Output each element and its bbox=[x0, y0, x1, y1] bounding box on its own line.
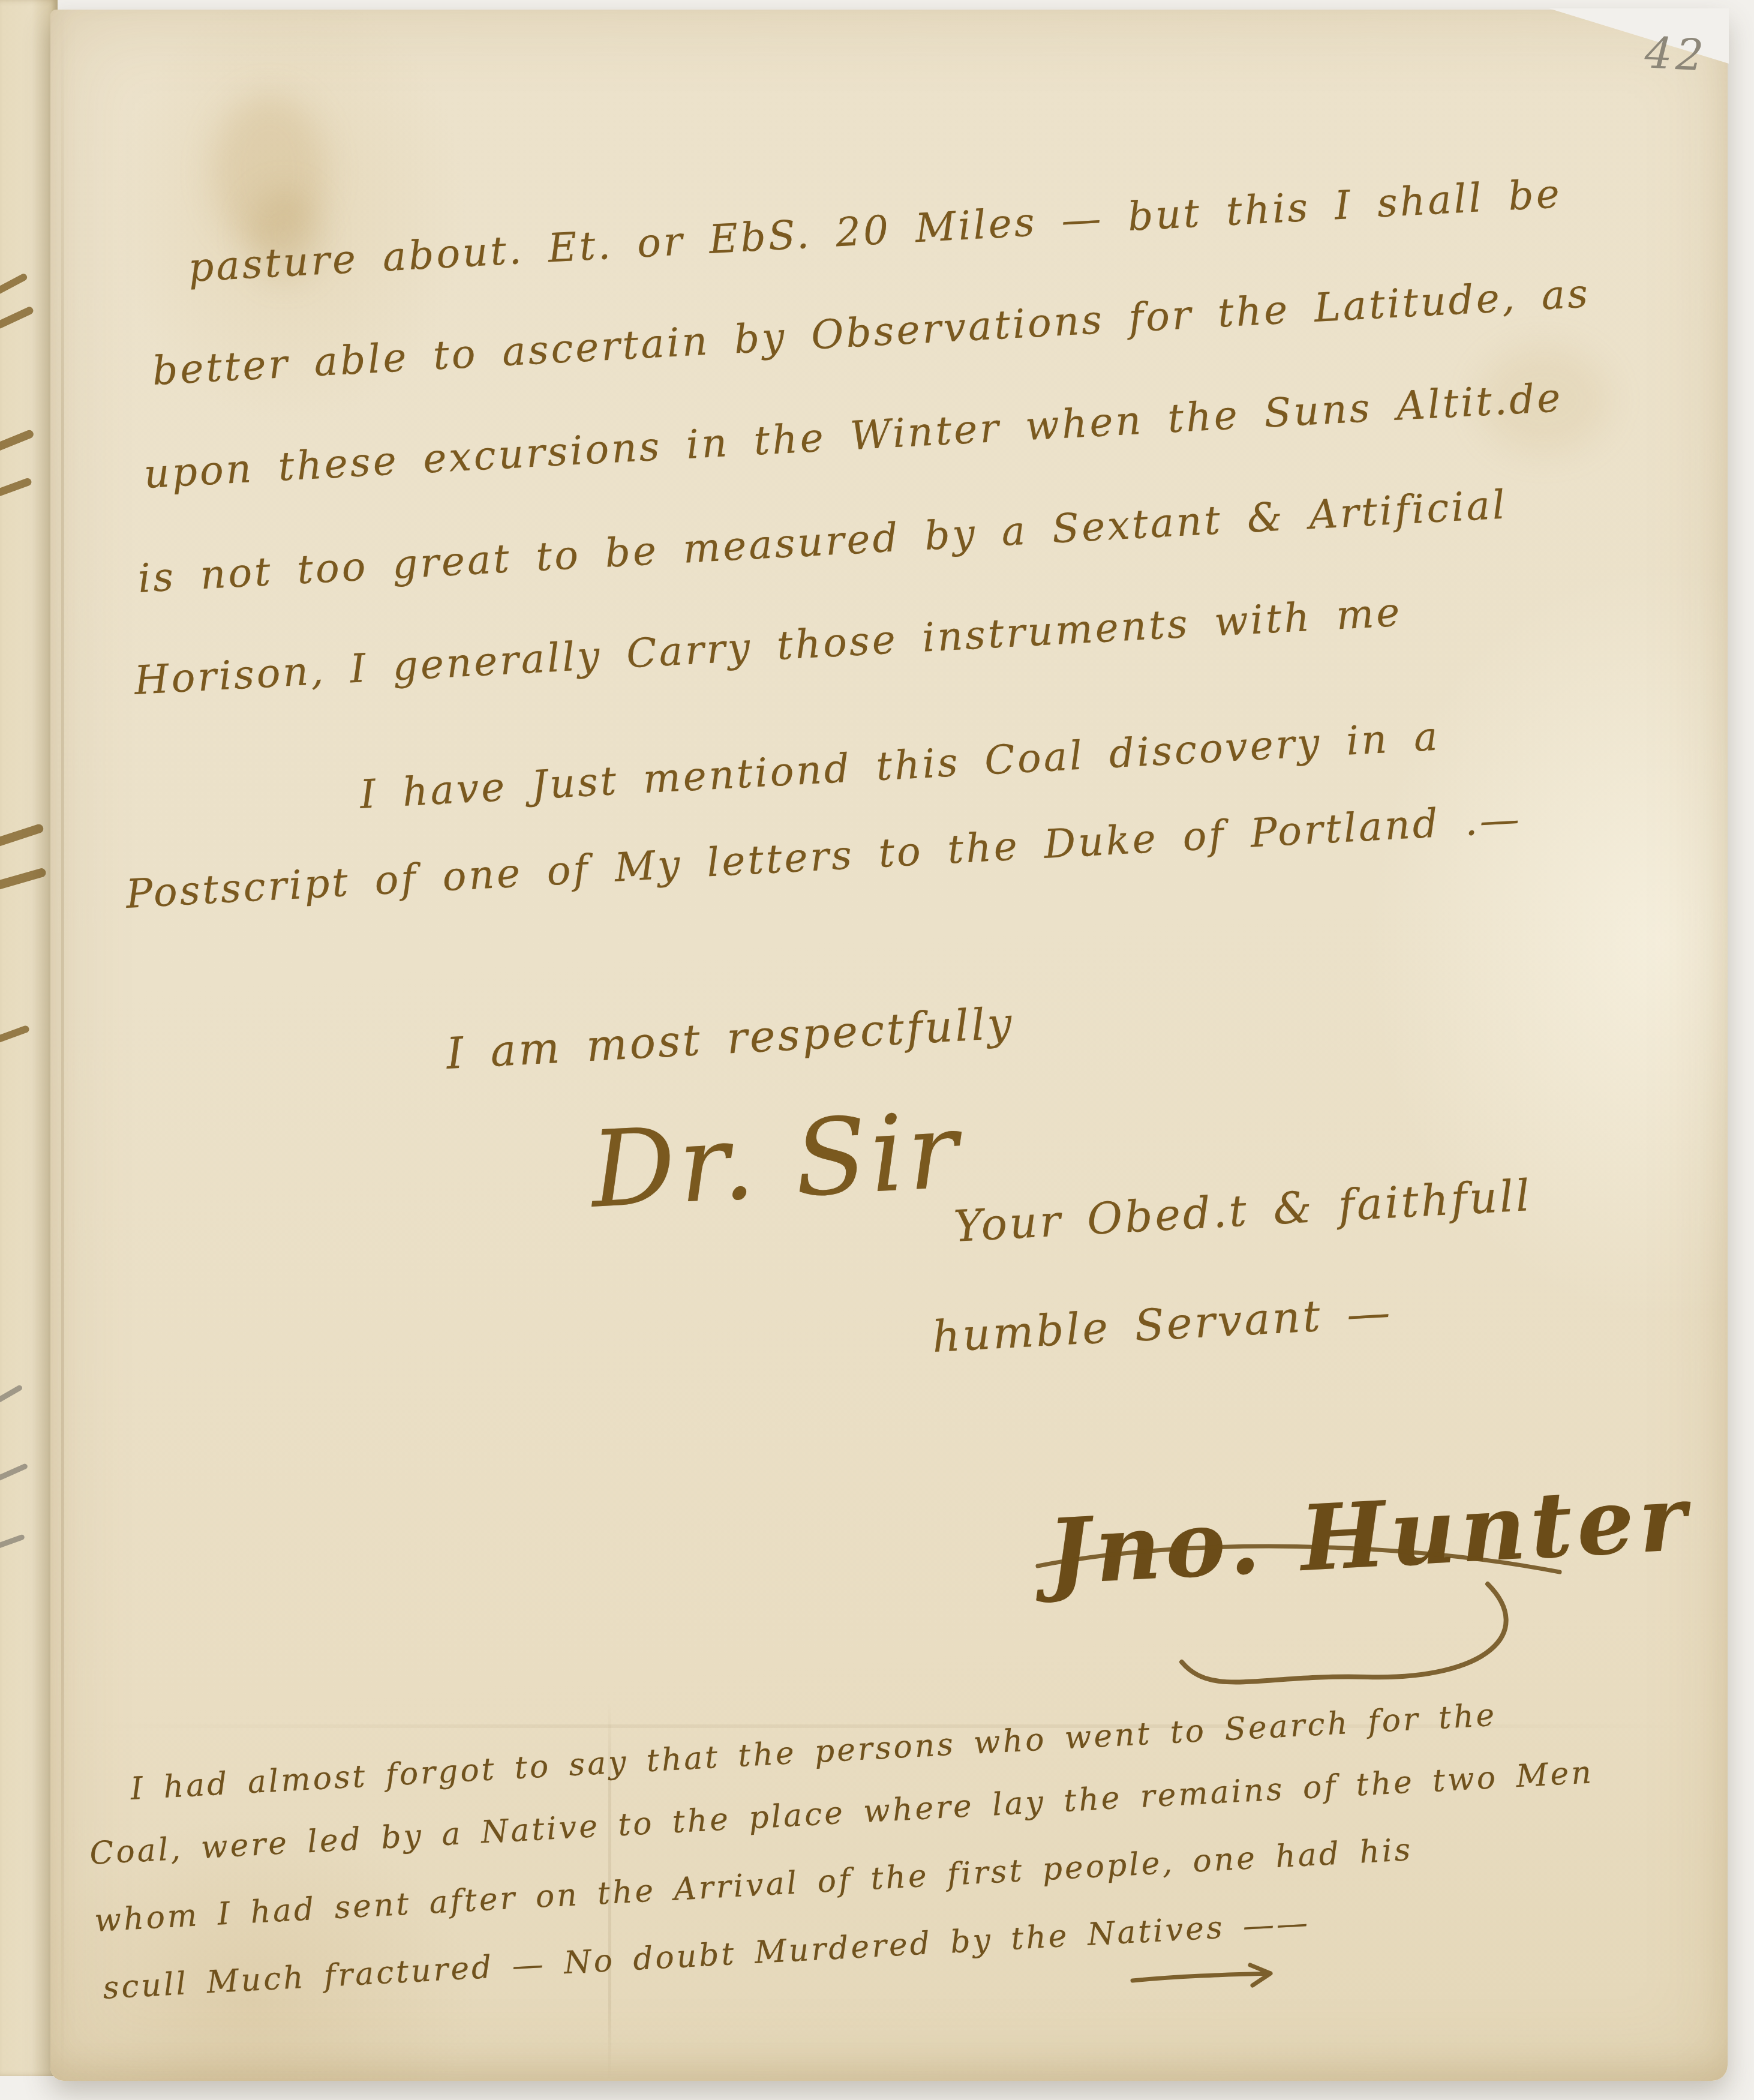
pencil-fragment bbox=[0, 1384, 23, 1405]
ink-fragment bbox=[0, 1025, 30, 1044]
scan-backdrop: 42 pasture about. Et. or EbS. 20 Miles —… bbox=[0, 0, 1754, 2100]
pencil-fragment bbox=[0, 1463, 28, 1483]
closing-salutation: Dr. Sir bbox=[588, 1090, 965, 1232]
folio-number: 42 bbox=[1644, 27, 1708, 80]
ink-fragment bbox=[0, 477, 32, 498]
ink-fragment bbox=[0, 305, 35, 330]
ink-fragment bbox=[0, 867, 47, 891]
ink-fragment bbox=[0, 823, 44, 848]
fold-crease-left bbox=[61, 10, 64, 2081]
ink-fragment bbox=[0, 429, 35, 454]
ink-fragment bbox=[0, 272, 28, 296]
signature-flourish bbox=[1032, 1464, 1584, 1716]
pencil-fragment bbox=[0, 1534, 25, 1549]
postscript-arrow-flourish bbox=[1128, 1953, 1284, 2001]
adjacent-page-edge bbox=[0, 0, 58, 2076]
